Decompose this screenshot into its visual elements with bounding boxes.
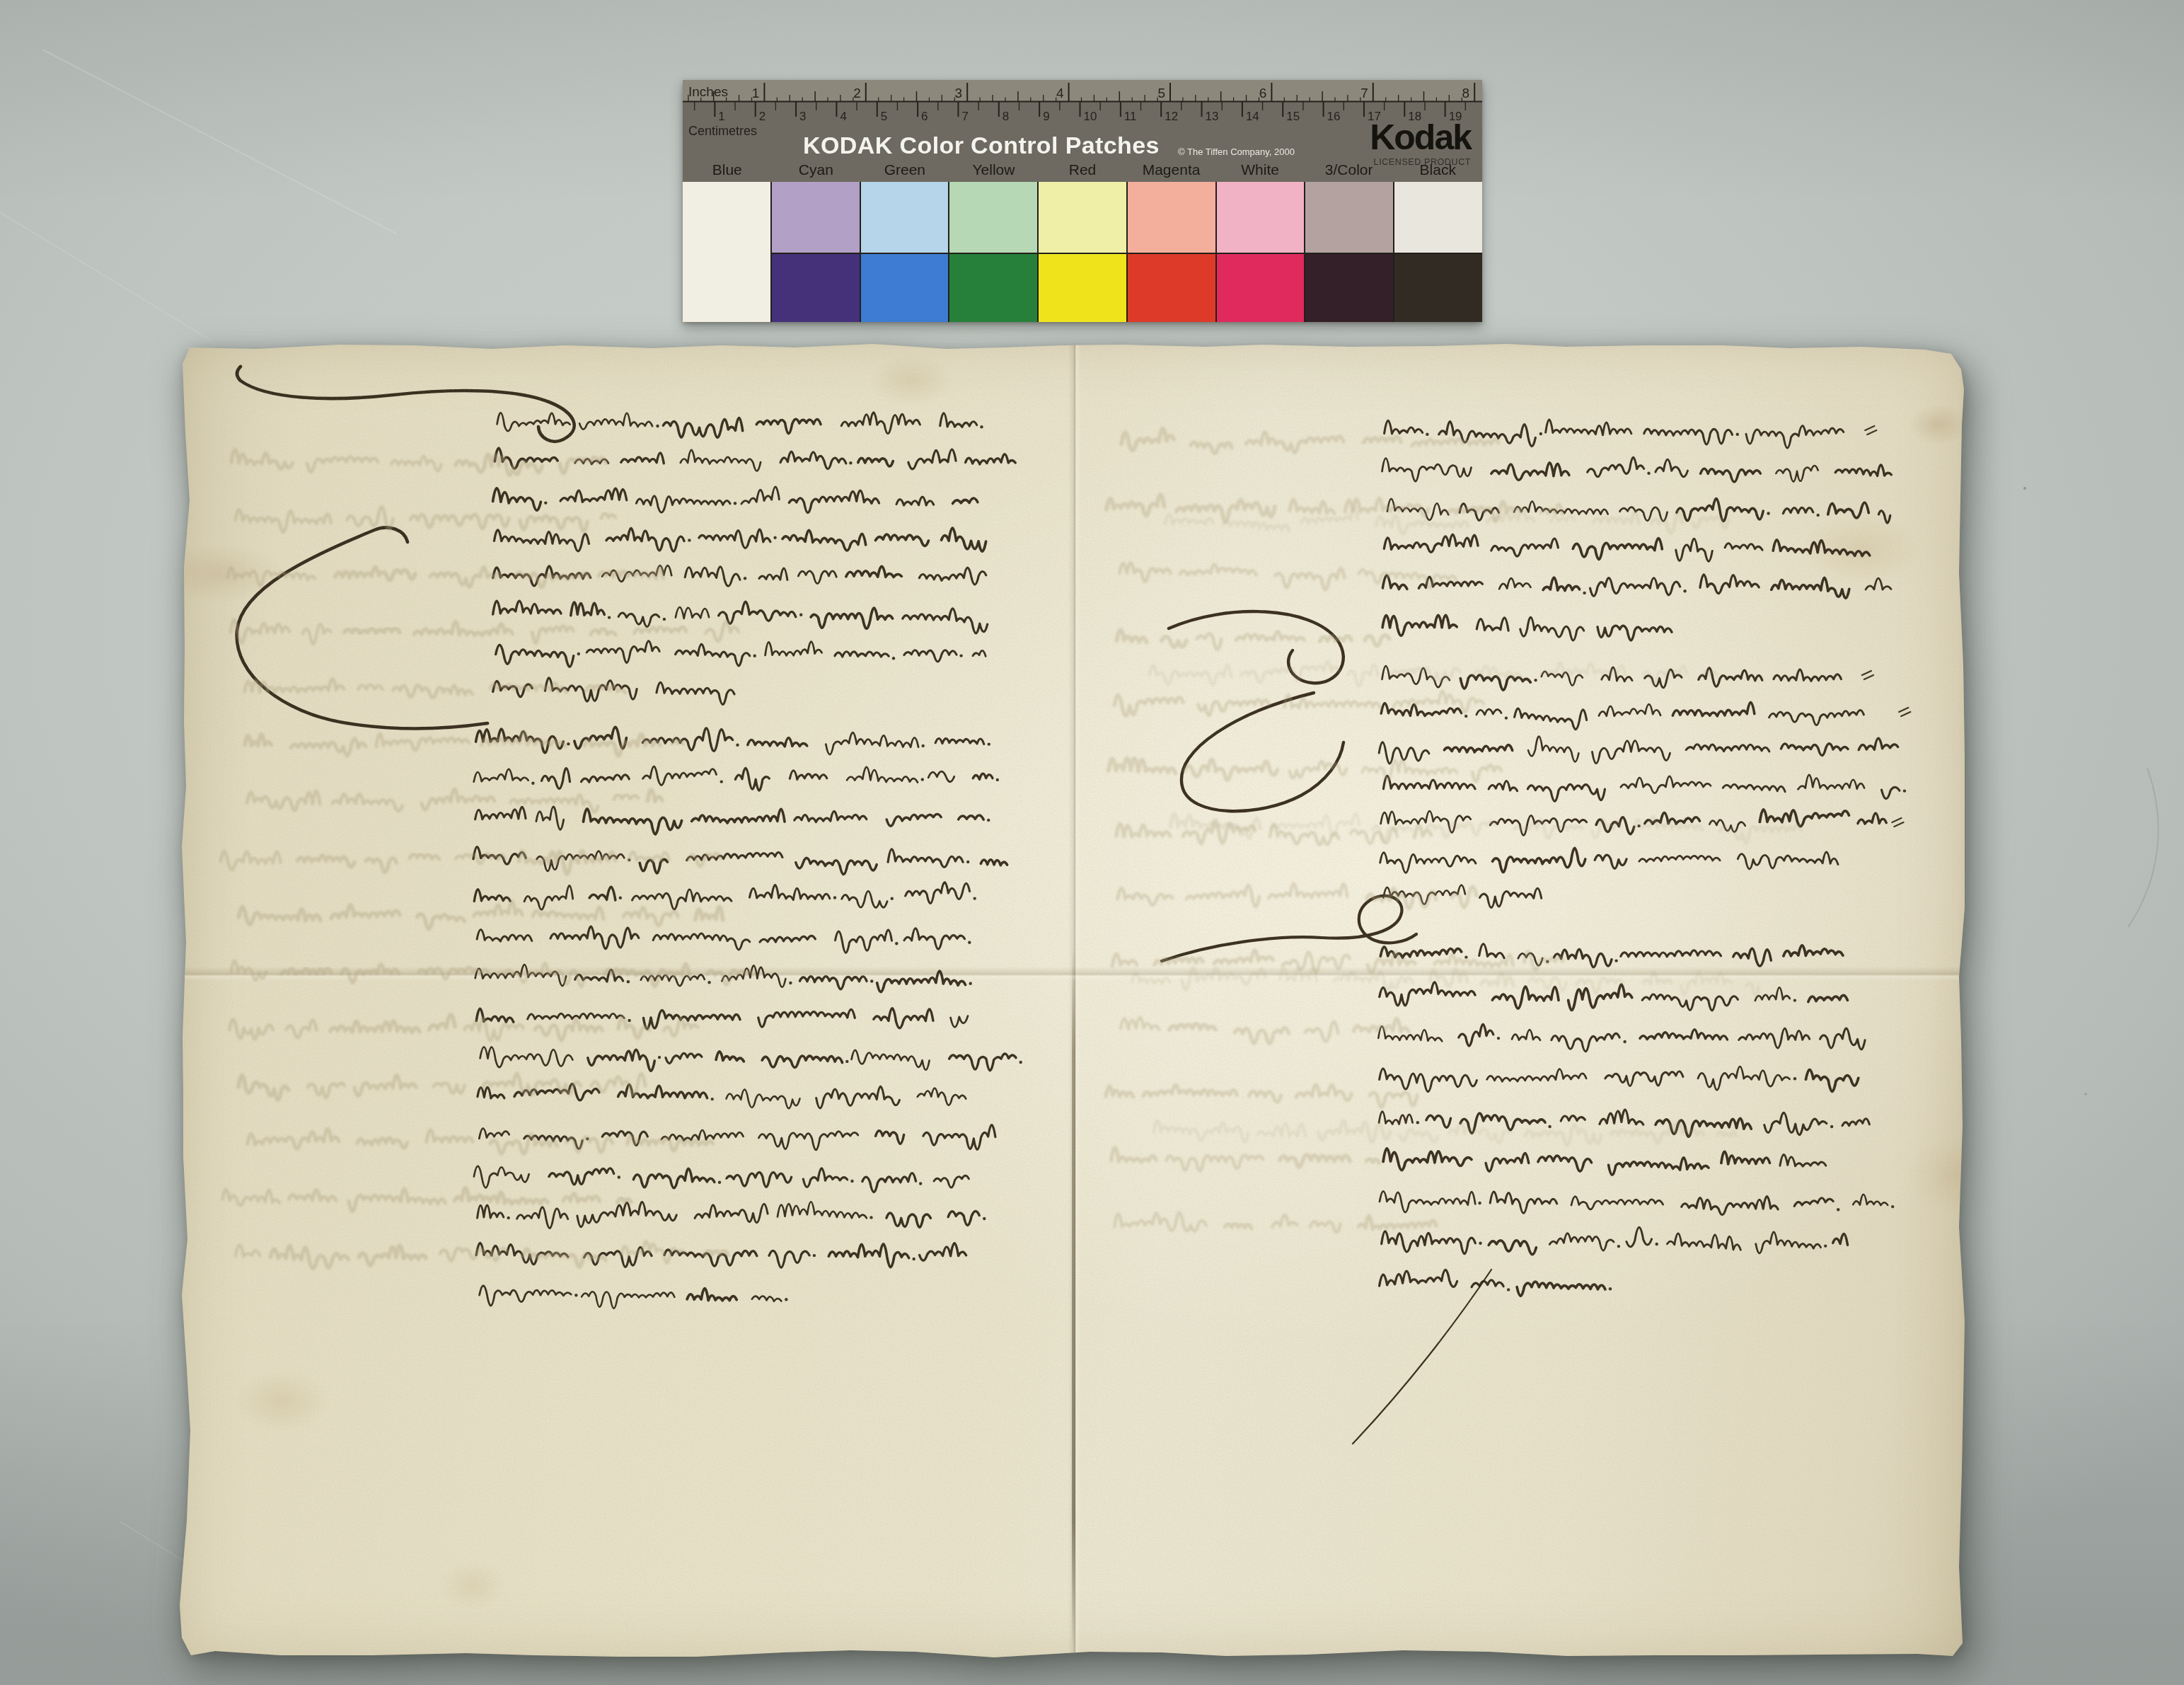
kodak-brand: Kodak LICENSED PRODUCT xyxy=(1370,120,1471,167)
patch-yellow-vivid xyxy=(1039,254,1126,322)
svg-text:4: 4 xyxy=(840,110,846,123)
svg-text:13: 13 xyxy=(1206,110,1219,123)
patch-3-color-vivid xyxy=(1305,254,1393,322)
kodak-logo-text: Kodak xyxy=(1370,120,1471,155)
archival-photo-stage: 1234567812345678910111213141516171819 In… xyxy=(0,0,2184,1685)
patch-label-black: Black xyxy=(1393,162,1482,179)
patch-magenta-vivid xyxy=(1217,254,1305,322)
svg-text:5: 5 xyxy=(881,110,887,123)
paper-stains xyxy=(175,340,1967,1662)
manuscript-double-page xyxy=(175,340,1967,1662)
patch-label-3-color: 3/Color xyxy=(1305,162,1394,179)
patch-blue-light xyxy=(772,182,860,253)
patch-grid xyxy=(683,182,1482,322)
patch-label-green: Green xyxy=(860,162,949,179)
patch-label-yellow: Yellow xyxy=(949,162,1039,179)
svg-text:4: 4 xyxy=(1056,86,1064,101)
patch-blue-vivid xyxy=(772,254,860,322)
patch-3-color-light xyxy=(1305,182,1393,253)
kodak-color-control-card: 1234567812345678910111213141516171819 In… xyxy=(683,80,1482,322)
patch-magenta-light xyxy=(1217,182,1305,253)
svg-text:8: 8 xyxy=(1003,110,1009,123)
svg-text:2: 2 xyxy=(759,110,765,123)
patch-label-blue: Blue xyxy=(683,162,772,179)
patch-red-light xyxy=(1128,182,1215,253)
patch-cyan-light xyxy=(861,182,949,253)
patch-black-light xyxy=(1394,182,1482,253)
patch-label-magenta: Magenta xyxy=(1127,162,1216,179)
svg-text:2: 2 xyxy=(853,86,861,101)
svg-text:8: 8 xyxy=(1462,86,1470,101)
ruler-centimetres-label: Centimetres xyxy=(688,124,757,139)
svg-text:10: 10 xyxy=(1084,110,1097,123)
svg-text:3: 3 xyxy=(955,86,963,101)
card-title: KODAK Color Control Patches xyxy=(803,132,1160,160)
svg-text:14: 14 xyxy=(1246,110,1259,123)
patch-green-light xyxy=(949,182,1037,253)
patch-label-white: White xyxy=(1215,162,1305,179)
patch-green-vivid xyxy=(949,254,1037,322)
patch-yellow-light xyxy=(1039,182,1126,253)
patch-white-light xyxy=(683,182,770,322)
svg-text:7: 7 xyxy=(1360,86,1368,101)
patch-label-cyan: Cyan xyxy=(772,162,861,179)
card-copyright: © The Tiffen Company, 2000 xyxy=(1178,146,1295,157)
patch-red-vivid xyxy=(1128,254,1215,322)
svg-text:11: 11 xyxy=(1124,110,1137,123)
patch-labels-row: BlueCyanGreenYellowRedMagentaWhite3/Colo… xyxy=(683,162,1482,179)
svg-text:15: 15 xyxy=(1286,110,1300,123)
svg-text:16: 16 xyxy=(1327,110,1341,123)
patch-cyan-vivid xyxy=(861,254,949,322)
ruler-inches-label: Inches xyxy=(688,85,728,100)
svg-text:12: 12 xyxy=(1165,110,1178,123)
svg-text:1: 1 xyxy=(718,110,724,123)
svg-text:3: 3 xyxy=(799,110,806,123)
svg-text:9: 9 xyxy=(1043,110,1049,123)
patch-label-red: Red xyxy=(1038,162,1127,179)
svg-text:6: 6 xyxy=(1259,86,1267,101)
patch-black-vivid xyxy=(1394,254,1482,322)
svg-text:5: 5 xyxy=(1157,86,1165,101)
svg-text:7: 7 xyxy=(961,110,968,123)
svg-text:6: 6 xyxy=(921,110,928,123)
svg-text:1: 1 xyxy=(752,86,760,101)
